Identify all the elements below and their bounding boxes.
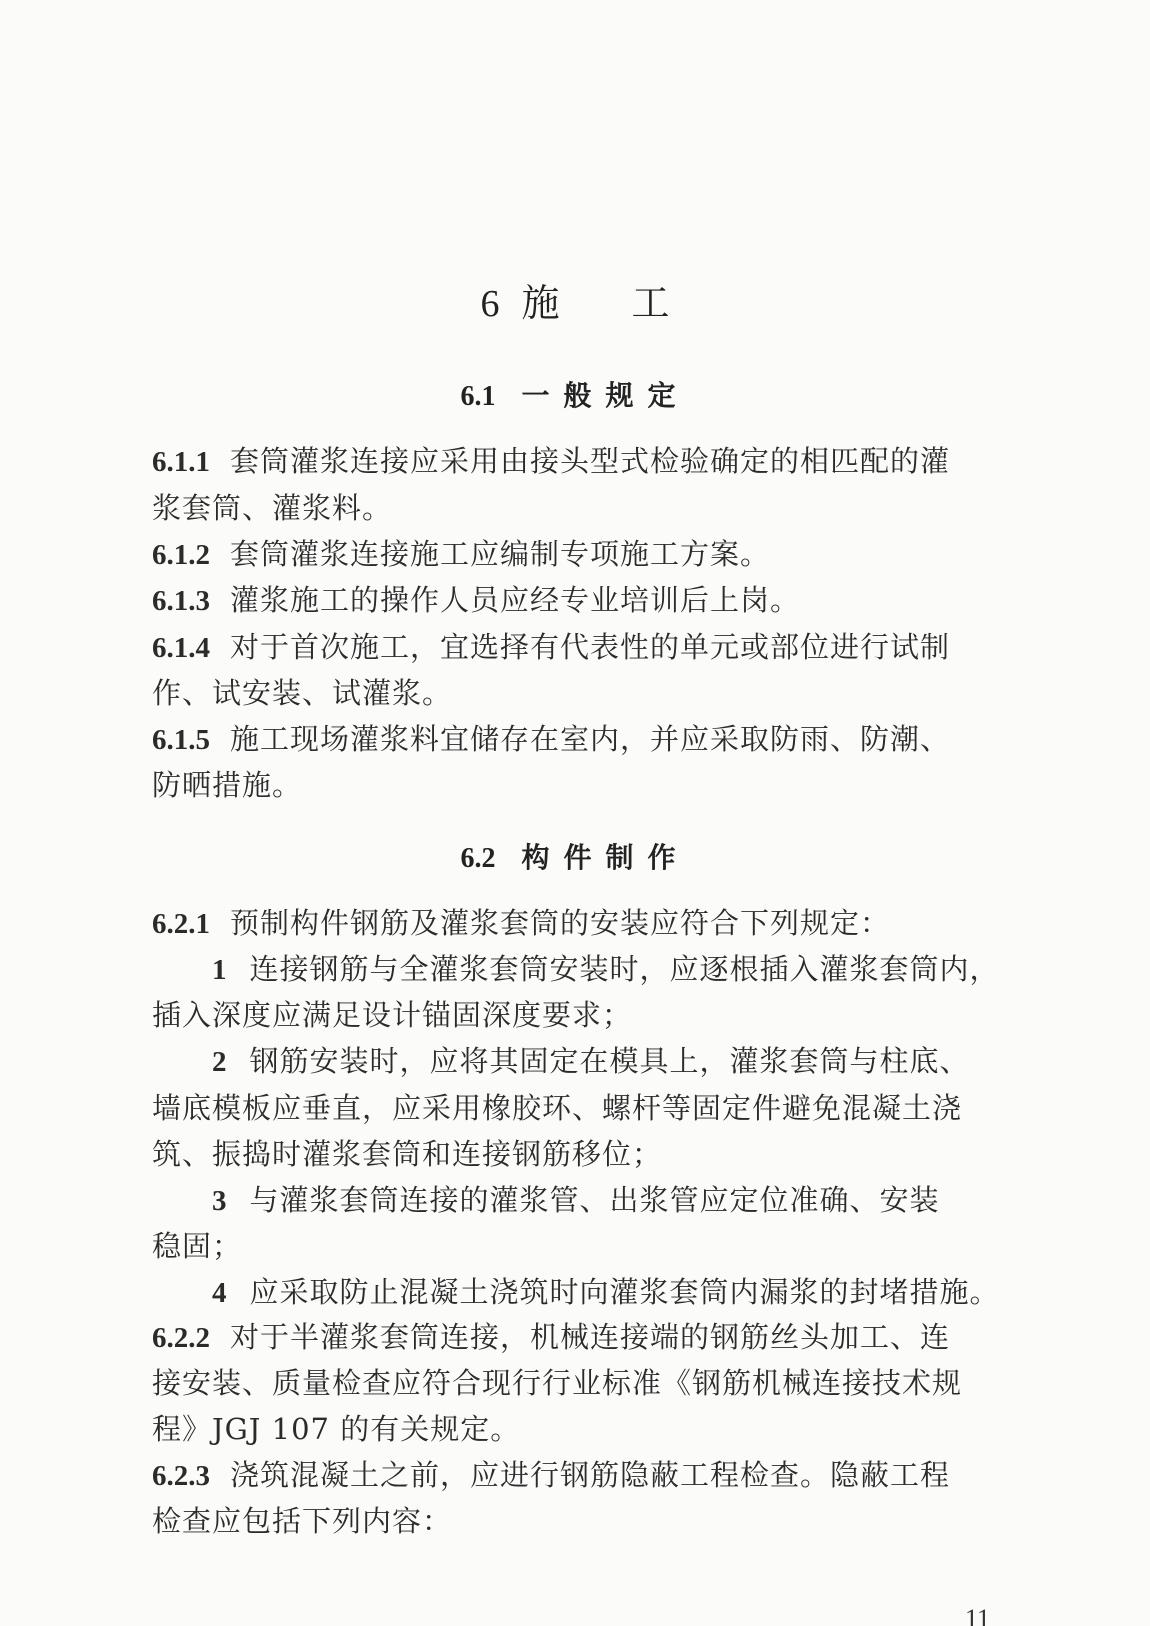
item-number: 1	[212, 954, 228, 986]
continuation-text: 接安装、质量检查应符合现行行业标准《钢筋机械连接技术规	[152, 1366, 962, 1400]
clause-6-1-3: 6.1.3灌浆施工的操作人员应经专业培训后上岗。	[152, 583, 1022, 618]
continuation-text: 浆套筒、灌浆料。	[152, 491, 392, 525]
text-line: 稳固；	[152, 1229, 1022, 1263]
text-line: 作、试安装、试灌浆。	[152, 676, 1022, 710]
clause-6-2-3: 6.2.3浇筑混凝土之前，应进行钢筋隐蔽工程检查。隐蔽工程	[152, 1458, 1022, 1493]
section-number: 6.2	[460, 843, 495, 874]
clause-number: 6.2.2	[152, 1322, 210, 1354]
list-item-2: 2钢筋安装时，应将其固定在模具上，灌浆套筒与柱底、	[212, 1044, 1082, 1079]
item-text: 与灌浆套筒连接的灌浆管、出浆管应定位准确、安装	[250, 1183, 940, 1217]
clause-number: 6.1.2	[152, 539, 210, 571]
item-number: 4	[212, 1277, 228, 1309]
page-number: 11	[965, 1604, 990, 1626]
chapter-number: 6	[480, 283, 499, 325]
continuation-text: 筑、振捣时灌浆套筒和连接钢筋移位；	[152, 1137, 662, 1171]
list-item-1: 1连接钢筋与全灌浆套筒安装时，应逐根插入灌浆套筒内，	[212, 952, 1082, 987]
clause-6-2-2: 6.2.2对于半灌浆套筒连接，机械连接端的钢筋丝头加工、连	[152, 1320, 1022, 1355]
clause-6-1-5: 6.1.5施工现场灌浆料宜储存在室内，并应采取防雨、防潮、	[152, 722, 1022, 757]
continuation-text: 插入深度应满足设计锚固深度要求；	[152, 998, 632, 1032]
text-line: 程》JGJ 107 的有关规定。	[152, 1412, 1022, 1446]
clause-text: 预制构件钢筋及灌浆套筒的安装应符合下列规定：	[230, 906, 890, 940]
item-text: 钢筋安装时，应将其固定在模具上，灌浆套筒与柱底、	[250, 1044, 970, 1078]
list-item-4: 4应采取防止混凝土浇筑时向灌浆套筒内漏浆的封堵措施。	[212, 1275, 1082, 1310]
continuation-text: 作、试安装、试灌浆。	[152, 676, 452, 710]
clause-text: 灌浆施工的操作人员应经专业培训后上岗。	[230, 583, 800, 617]
item-text: 连接钢筋与全灌浆套筒安装时，应逐根插入灌浆套筒内，	[250, 952, 1000, 986]
clause-number: 6.2.3	[152, 1460, 210, 1492]
document-page: 6施工 6.1一般规定 6.1.1套筒灌浆连接应采用由接头型式检验确定的相匹配的…	[0, 0, 1150, 1626]
text-line: 插入深度应满足设计锚固深度要求；	[152, 998, 1022, 1032]
text-line: 接安装、质量检查应符合现行行业标准《钢筋机械连接技术规	[152, 1366, 1022, 1400]
continuation-text: 稳固；	[152, 1229, 242, 1263]
clause-number: 6.1.4	[152, 632, 210, 664]
item-number: 3	[212, 1185, 228, 1217]
item-text: 应采取防止混凝土浇筑时向灌浆套筒内漏浆的封堵措施。	[250, 1275, 1000, 1309]
item-number: 2	[212, 1046, 228, 1078]
chapter-title-char-1: 施	[521, 281, 559, 325]
section-title-6-2: 6.2构件制作	[0, 836, 1150, 876]
text-line: 浆套筒、灌浆料。	[152, 491, 1022, 525]
clause-text: 套筒灌浆连接施工应编制专项施工方案。	[230, 537, 770, 571]
chapter-title: 6施工	[0, 272, 1150, 327]
clause-6-1-2: 6.1.2套筒灌浆连接施工应编制专项施工方案。	[152, 537, 1022, 572]
clause-number: 6.1.3	[152, 585, 210, 617]
clause-6-1-4: 6.1.4对于首次施工，宜选择有代表性的单元或部位进行试制	[152, 630, 1022, 665]
clause-number: 6.2.1	[152, 908, 210, 940]
continuation-text: 墙底模板应垂直，应采用橡胶环、螺杆等固定件避免混凝土浇	[152, 1091, 962, 1125]
continuation-text: 防晒措施。	[152, 768, 302, 802]
section-number: 6.1	[460, 381, 495, 412]
section-name: 一般规定	[521, 379, 689, 412]
list-item-3: 3与灌浆套筒连接的灌浆管、出浆管应定位准确、安装	[212, 1183, 1082, 1218]
chapter-title-char-2: 工	[632, 281, 670, 325]
text-line: 检查应包括下列内容：	[152, 1504, 1022, 1538]
clause-6-2-1: 6.2.1预制构件钢筋及灌浆套筒的安装应符合下列规定：	[152, 906, 1022, 941]
clause-text: 施工现场灌浆料宜储存在室内，并应采取防雨、防潮、	[230, 722, 950, 756]
section-title-6-1: 6.1一般规定	[0, 374, 1150, 414]
text-line: 墙底模板应垂直，应采用橡胶环、螺杆等固定件避免混凝土浇	[152, 1091, 1022, 1125]
continuation-text: 检查应包括下列内容：	[152, 1504, 452, 1538]
clause-number: 6.1.5	[152, 724, 210, 756]
section-name: 构件制作	[521, 841, 689, 874]
clause-6-1-1: 6.1.1套筒灌浆连接应采用由接头型式检验确定的相匹配的灌	[152, 444, 1022, 479]
continuation-text: 程》JGJ 107 的有关规定。	[152, 1412, 520, 1446]
clause-text: 套筒灌浆连接应采用由接头型式检验确定的相匹配的灌	[230, 444, 950, 478]
clause-text: 浇筑混凝土之前，应进行钢筋隐蔽工程检查。隐蔽工程	[230, 1458, 950, 1492]
clause-text: 对于半灌浆套筒连接，机械连接端的钢筋丝头加工、连	[230, 1320, 950, 1354]
clause-text: 对于首次施工，宜选择有代表性的单元或部位进行试制	[230, 630, 950, 664]
text-line: 防晒措施。	[152, 768, 1022, 802]
text-line: 筑、振捣时灌浆套筒和连接钢筋移位；	[152, 1137, 1022, 1171]
clause-number: 6.1.1	[152, 446, 210, 478]
